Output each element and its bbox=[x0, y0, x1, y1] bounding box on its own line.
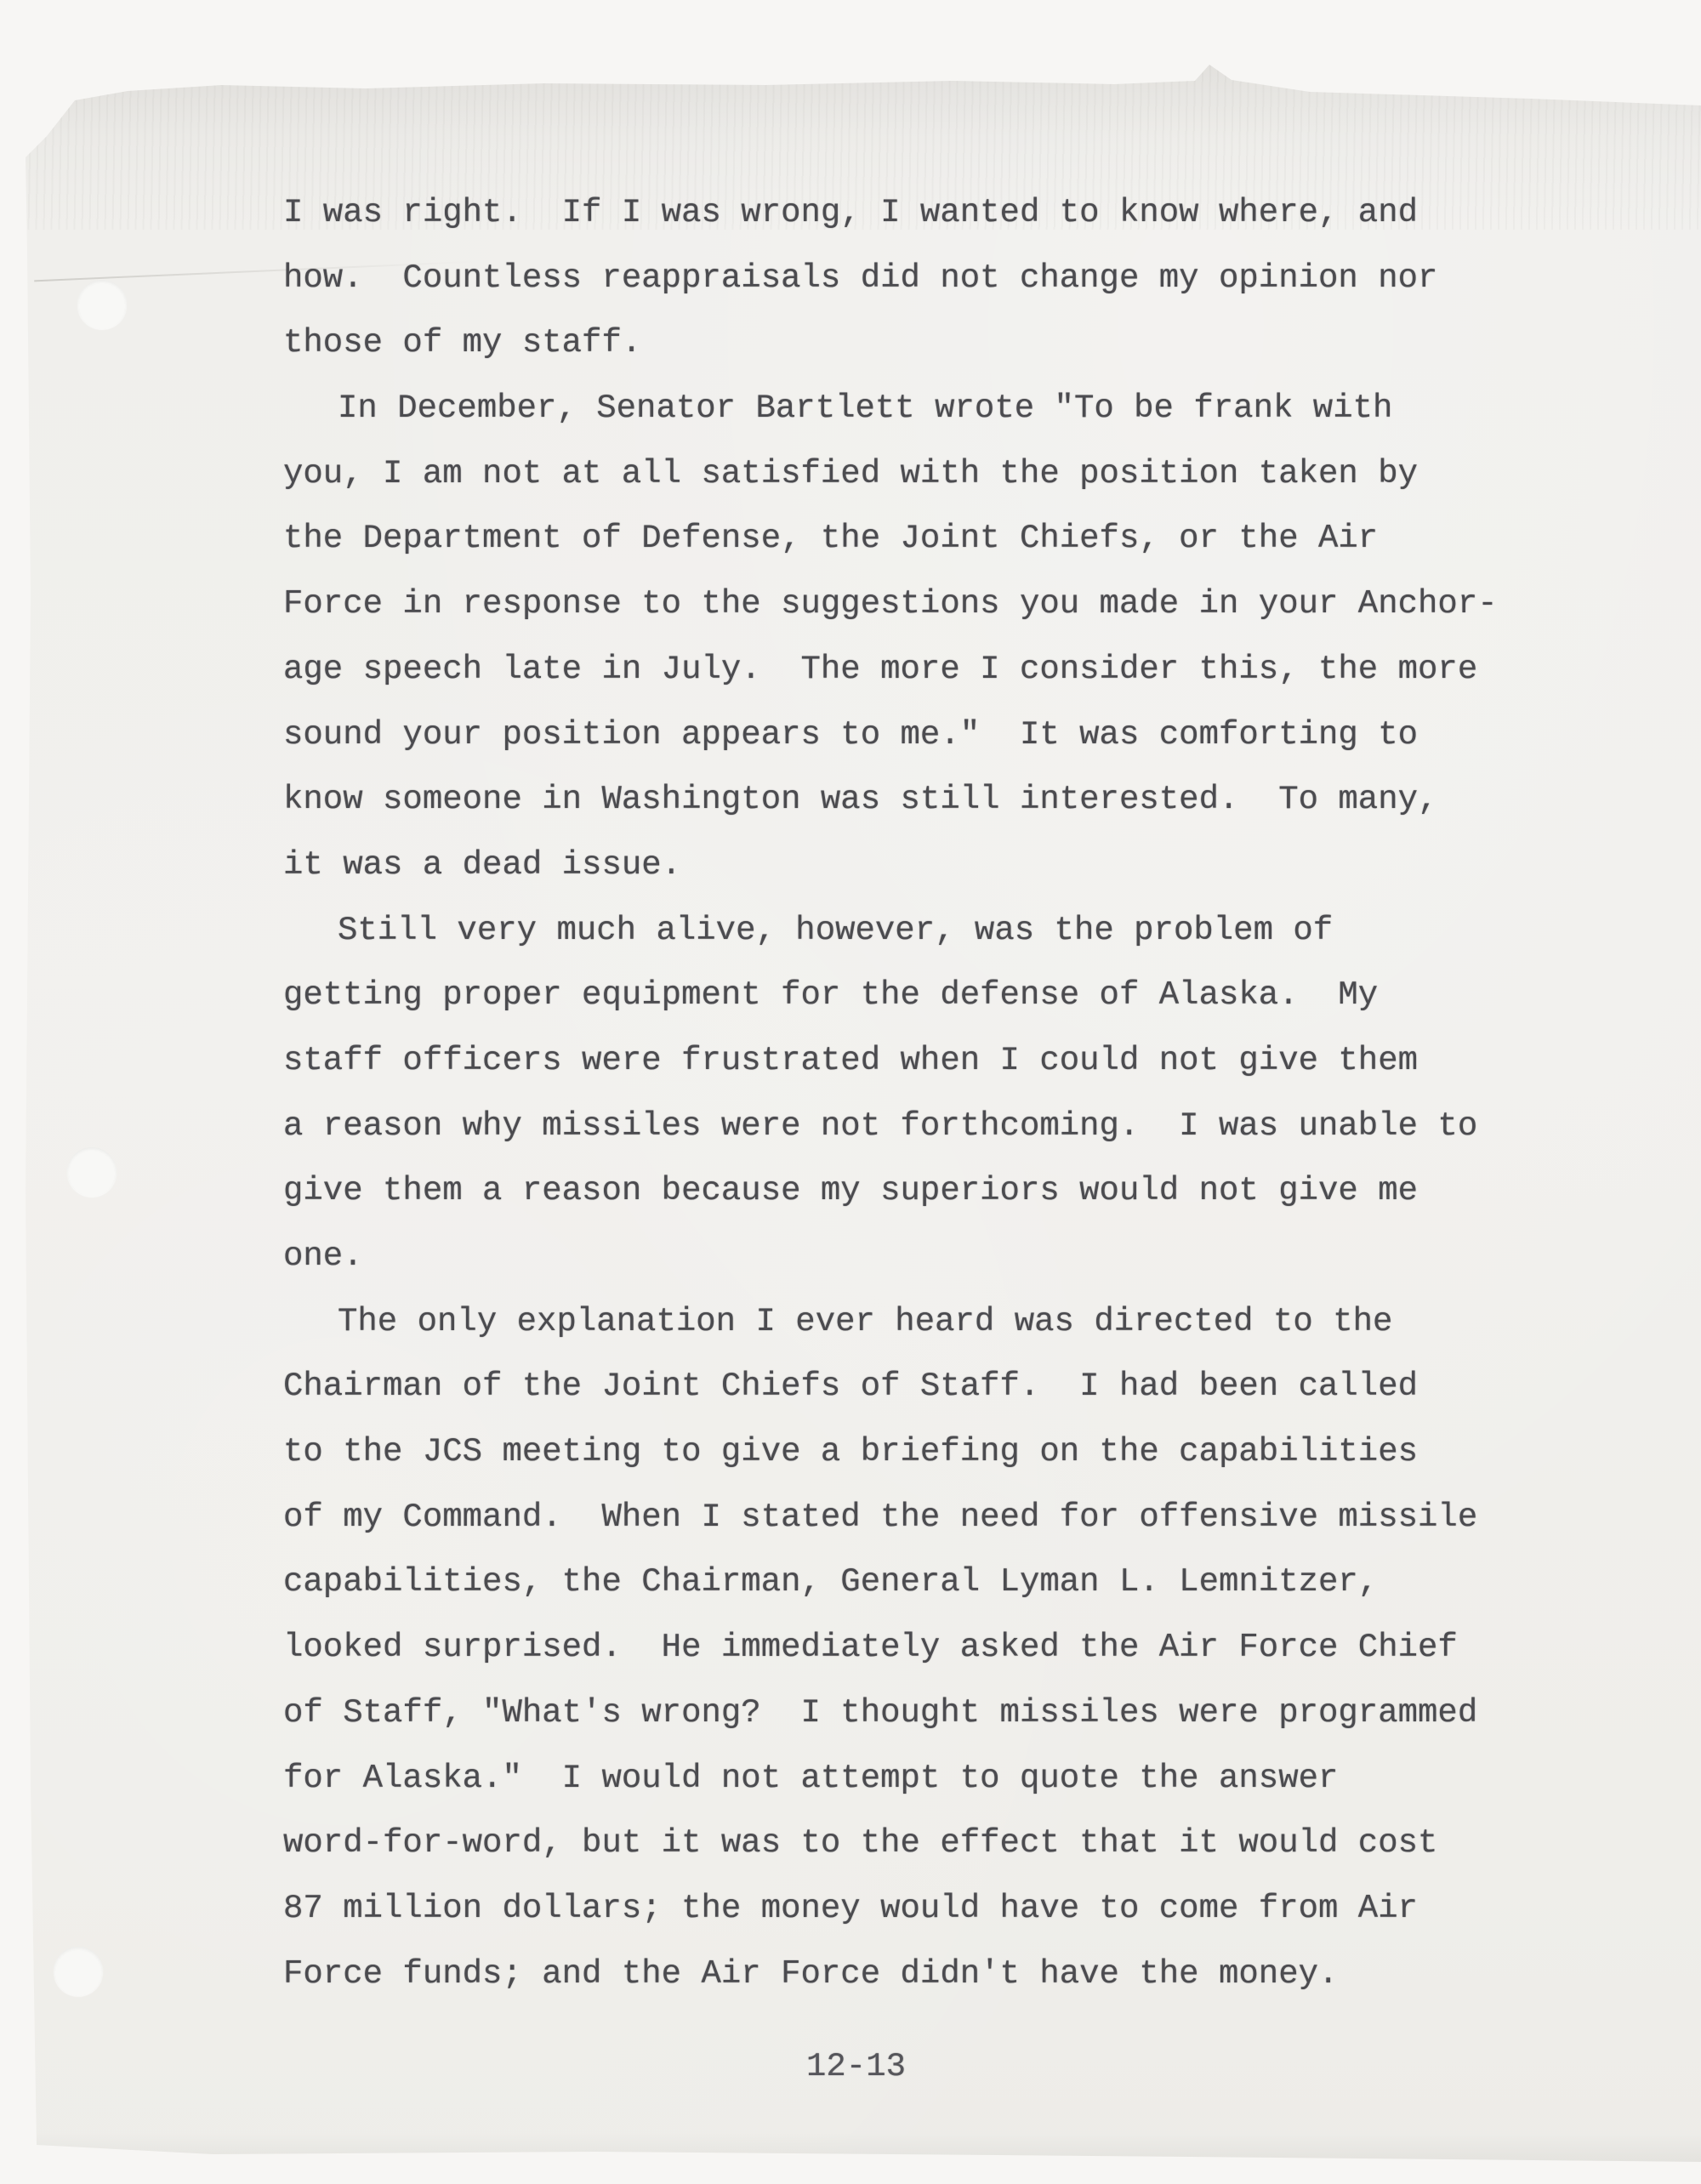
text-line: to the JCS meeting to give a briefing on… bbox=[283, 1419, 1498, 1485]
punch-hole bbox=[77, 280, 127, 329]
punch-hole bbox=[54, 1947, 103, 1996]
text-line: one. bbox=[283, 1224, 1498, 1289]
text-line: age speech late in July. The more I cons… bbox=[283, 637, 1498, 702]
text-line: In December, Senator Bartlett wrote "To … bbox=[283, 376, 1498, 441]
text-line: The only explanation I ever heard was di… bbox=[283, 1289, 1498, 1355]
page-number: 12-13 bbox=[806, 2034, 906, 2100]
text-line: know someone in Washington was still int… bbox=[283, 767, 1498, 833]
text-line: of my Command. When I stated the need fo… bbox=[283, 1485, 1498, 1550]
text-line: for Alaska." I would not attempt to quot… bbox=[283, 1746, 1498, 1811]
text-line: Force funds; and the Air Force didn't ha… bbox=[283, 1942, 1498, 2007]
text-line: sound your position appears to me." It w… bbox=[283, 702, 1498, 768]
text-line: Still very much alive, however, was the … bbox=[283, 898, 1498, 964]
text-line: I was right. If I was wrong, I wanted to… bbox=[283, 180, 1498, 246]
text-line: those of my staff. bbox=[283, 310, 1498, 376]
text-line: the Department of Defense, the Joint Chi… bbox=[283, 506, 1498, 572]
paper-sheet: I was right. If I was wrong, I wanted to… bbox=[0, 0, 1701, 2184]
text-line: it was a dead issue. bbox=[283, 833, 1498, 898]
text-line: looked surprised. He immediately asked t… bbox=[283, 1615, 1498, 1681]
text-line: word-for-word, but it was to the effect … bbox=[283, 1811, 1498, 1876]
text-line: staff officers were frustrated when I co… bbox=[283, 1028, 1498, 1094]
scanned-document: I was right. If I was wrong, I wanted to… bbox=[0, 0, 1701, 2184]
text-line: getting proper equipment for the defense… bbox=[283, 963, 1498, 1028]
text-line: a reason why missiles were not forthcomi… bbox=[283, 1094, 1498, 1159]
text-line: how. Countless reappraisals did not chan… bbox=[283, 246, 1498, 311]
text-line: Chairman of the Joint Chiefs of Staff. I… bbox=[283, 1354, 1498, 1419]
text-line: of Staff, "What's wrong? I thought missi… bbox=[283, 1681, 1498, 1746]
text-line: capabilities, the Chairman, General Lyma… bbox=[283, 1550, 1498, 1615]
document-text: I was right. If I was wrong, I wanted to… bbox=[283, 180, 1498, 2006]
text-line: 87 million dollars; the money would have… bbox=[283, 1876, 1498, 1942]
punch-hole bbox=[67, 1147, 117, 1197]
text-line: you, I am not at all satisfied with the … bbox=[283, 441, 1498, 507]
text-line: give them a reason because my superiors … bbox=[283, 1158, 1498, 1224]
text-line: Force in response to the suggestions you… bbox=[283, 572, 1498, 637]
